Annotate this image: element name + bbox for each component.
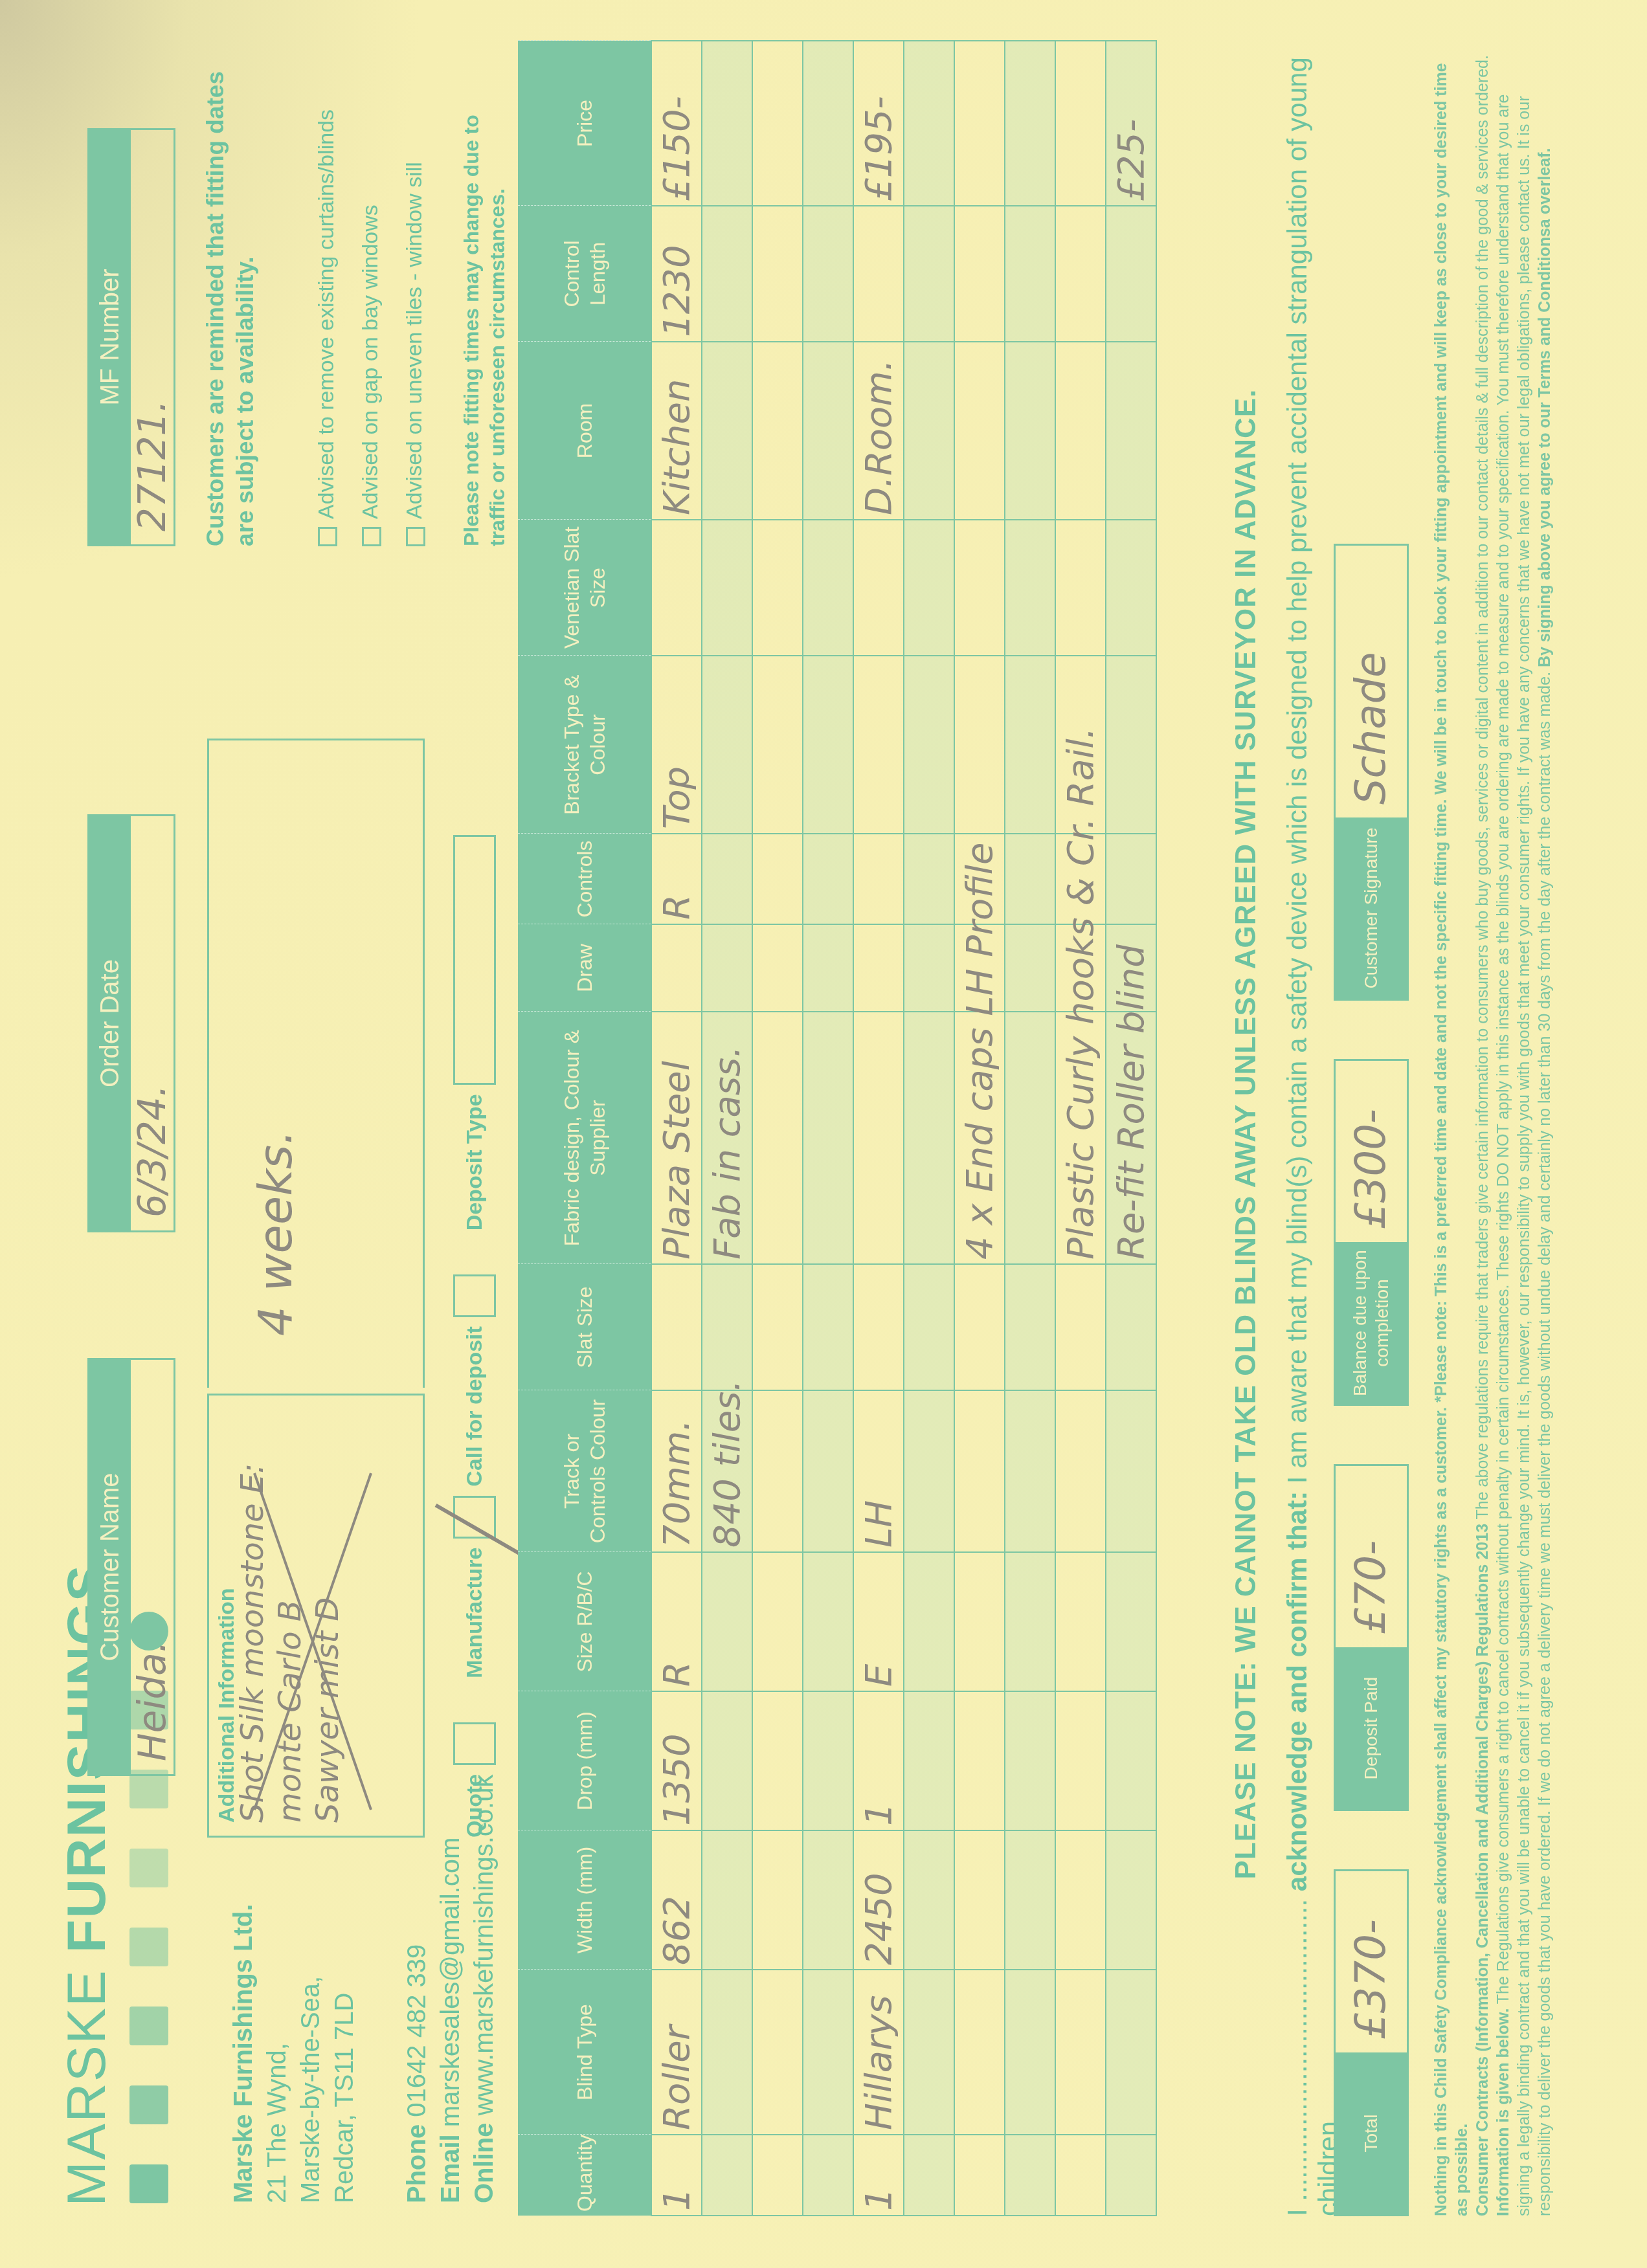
fine-text: The above regulations require that trade…	[1473, 55, 1492, 1524]
column-header: Draw	[518, 924, 651, 1012]
table-cell[interactable]: 1350	[651, 1691, 702, 1830]
deposit-paid-value: £70-	[1336, 1466, 1407, 1647]
ack-name-line[interactable]: I ......................................…	[1282, 1899, 1312, 2216]
table-cell[interactable]	[803, 342, 853, 520]
column-header: Size R/B/C	[518, 1552, 651, 1691]
table-cell[interactable]	[1106, 1264, 1156, 1390]
table-cell[interactable]	[702, 1691, 752, 1830]
table-cell[interactable]	[1005, 1390, 1055, 1552]
table-cell[interactable]	[752, 2135, 803, 2216]
table-cell[interactable]	[1055, 2135, 1106, 2216]
phone-label: Phone	[403, 2124, 431, 2203]
fine-bold: By signing above you agree to our Terms …	[1536, 148, 1554, 671]
table-cell[interactable]	[752, 924, 803, 1012]
swatch-icon	[129, 1849, 168, 1887]
table-cell[interactable]	[1005, 924, 1055, 1012]
fine-bold: Consumer Contracts (Information, Cancell…	[1473, 1524, 1492, 2216]
table-row: Re-fit Roller blind£25-	[1106, 41, 1156, 2216]
table-cell[interactable]	[853, 1012, 904, 1264]
contact-details: Phone 01642 482 339 Email marskesales@gm…	[400, 1775, 501, 2203]
table-cell[interactable]	[803, 924, 853, 1012]
table-cell[interactable]: E	[853, 1552, 904, 1691]
table-cell[interactable]	[853, 924, 904, 1012]
table-cell[interactable]	[1106, 1970, 1156, 2135]
table-cell[interactable]	[904, 1830, 954, 1970]
fitting-reminder: Customers are reminded that fitting date…	[201, 54, 260, 546]
deposit-type-field[interactable]	[453, 835, 496, 1085]
table-cell[interactable]	[1106, 656, 1156, 834]
table-cell[interactable]	[954, 520, 1005, 656]
customer-signature-field[interactable]: Customer Signature Schade	[1334, 544, 1409, 1001]
mf-number-field[interactable]: MF Number 27121.	[87, 128, 175, 546]
table-cell[interactable]: R	[651, 834, 702, 924]
table-cell[interactable]	[1106, 206, 1156, 342]
table-cell[interactable]	[752, 41, 803, 206]
balance-due-value: £300-	[1336, 1061, 1407, 1242]
table-cell[interactable]	[904, 1552, 954, 1691]
table-cell[interactable]	[853, 1264, 904, 1390]
table-cell[interactable]	[904, 1390, 954, 1552]
advised-checkbox[interactable]	[362, 527, 381, 546]
table-row: 1Hillarys24501ELHD.Room.£195-	[853, 41, 904, 2216]
table-cell[interactable]	[651, 520, 702, 656]
table-cell[interactable]	[702, 1830, 752, 1970]
table-cell[interactable]: Fab in cass.	[702, 1012, 752, 1264]
total-value: £370-	[1336, 1871, 1407, 2052]
table-row	[803, 41, 853, 2216]
total-label: Total	[1336, 2052, 1407, 2214]
table-cell[interactable]	[702, 1970, 752, 2135]
table-cell[interactable]	[702, 1552, 752, 1691]
table-cell[interactable]	[1055, 520, 1106, 656]
table-cell[interactable]	[1005, 41, 1055, 206]
column-header: Width (mm)	[518, 1830, 651, 1970]
table-cell[interactable]	[904, 520, 954, 656]
table-cell[interactable]	[1005, 1552, 1055, 1691]
advised-item: Advised on gap on bay windows	[358, 205, 383, 519]
table-cell[interactable]	[954, 1970, 1005, 2135]
column-header: Fabric design, Colour & Supplier	[518, 1012, 651, 1264]
quote-checkbox[interactable]	[453, 1722, 496, 1765]
table-cell[interactable]: R	[651, 1552, 702, 1691]
advised-item: Advised on uneven tiles - window sill	[402, 162, 427, 519]
table-cell[interactable]: LH	[853, 1390, 904, 1552]
table-cell[interactable]	[853, 656, 904, 834]
table-cell[interactable]	[752, 342, 803, 520]
table-cell[interactable]	[853, 206, 904, 342]
online-label: Online	[470, 2123, 499, 2203]
table-cell[interactable]	[1055, 206, 1106, 342]
table-cell[interactable]	[752, 1830, 803, 1970]
table-cell[interactable]	[752, 656, 803, 834]
order-date-field[interactable]: Order Date 6/3/24.	[87, 814, 175, 1232]
table-cell[interactable]	[702, 834, 752, 924]
table-cell[interactable]	[803, 1264, 853, 1390]
table-cell[interactable]: D.Room.	[853, 342, 904, 520]
table-cell[interactable]: Kitchen	[651, 342, 702, 520]
table-cell[interactable]	[904, 1012, 954, 1264]
table-cell[interactable]: 70mm.	[651, 1390, 702, 1552]
table-cell[interactable]	[752, 1012, 803, 1264]
table-cell[interactable]	[1106, 342, 1156, 520]
table-cell[interactable]	[803, 1552, 853, 1691]
table-cell[interactable]	[752, 206, 803, 342]
table-cell[interactable]	[1005, 1264, 1055, 1390]
quote-label: Quote	[462, 1774, 487, 1838]
address-line: Marske-by-the-Sea,	[294, 1904, 328, 2203]
additional-information-box[interactable]: Additional Information Shot Silk moonsto…	[207, 1394, 425, 1838]
table-cell[interactable]	[1005, 1970, 1055, 2135]
table-cell[interactable]	[803, 656, 853, 834]
table-cell[interactable]	[1005, 520, 1055, 656]
table-cell[interactable]: Hillarys	[853, 1970, 904, 2135]
table-header-row: QuantityBlind TypeWidth (mm)Drop (mm)Siz…	[518, 41, 651, 2216]
table-cell[interactable]	[1005, 1691, 1055, 1830]
column-header: Venetian Slat Size	[518, 520, 651, 656]
ack-bold: acknowledge and confirm that:	[1282, 1491, 1312, 1899]
email-label: Email	[436, 2134, 465, 2203]
table-cell[interactable]	[803, 1390, 853, 1552]
table-cell[interactable]	[853, 520, 904, 656]
column-header: Price	[518, 41, 651, 206]
table-cell[interactable]: Plaza Steel	[651, 1012, 702, 1264]
column-header: Track or Controls Colour	[518, 1390, 651, 1552]
table-cell[interactable]	[702, 342, 752, 520]
order-date-label: Order Date	[89, 816, 131, 1230]
table-cell[interactable]	[702, 41, 752, 206]
column-header: Controls	[518, 834, 651, 924]
table-cell[interactable]	[803, 1830, 853, 1970]
table-row: 4 x End caps LH Profile	[954, 41, 1005, 2216]
table-cell[interactable]	[803, 1691, 853, 1830]
table-cell[interactable]	[954, 1390, 1005, 1552]
table-cell[interactable]	[954, 1691, 1005, 1830]
table-cell[interactable]	[803, 41, 853, 206]
additional-information-notes[interactable]: 4 weeks.	[207, 739, 425, 1388]
fitting-times-note: Please note fitting times may change due…	[458, 54, 510, 546]
table-cell[interactable]	[803, 2135, 853, 2216]
customer-signature-value: Schade	[1336, 546, 1407, 817]
table-cell[interactable]	[702, 656, 752, 834]
table-cell[interactable]	[1106, 1830, 1156, 1970]
column-header: Bracket Type & Colour	[518, 656, 651, 834]
old-blinds-notice: PLEASE NOTE: WE CANNOT TAKE OLD BLINDS A…	[1230, 0, 1262, 2268]
table-cell[interactable]	[954, 1264, 1005, 1390]
brand-light: MARSKE	[56, 1953, 117, 2207]
table-cell[interactable]	[904, 924, 954, 1012]
advised-checklist: Advised to remove existing curtains/blin…	[304, 109, 436, 546]
table-cell[interactable]	[1005, 2135, 1055, 2216]
order-date-value: 6/3/24.	[131, 816, 174, 1217]
table-cell[interactable]	[752, 1970, 803, 2135]
table-cell[interactable]	[1055, 41, 1106, 206]
table-cell[interactable]	[954, 1552, 1005, 1691]
table-cell[interactable]	[1106, 1552, 1156, 1691]
column-header: Quantity	[518, 2135, 651, 2216]
table-cell[interactable]	[904, 206, 954, 342]
mf-number-value: 27121.	[131, 130, 174, 531]
advised-item: Advised to remove existing curtains/blin…	[314, 109, 339, 519]
order-form: MARSKE FURNISHINGS Marske Furnishings Lt…	[0, 0, 1647, 2268]
table-cell[interactable]	[752, 1390, 803, 1552]
column-header: Blind Type	[518, 1970, 651, 2135]
table-cell[interactable]	[904, 656, 954, 834]
table-cell[interactable]	[954, 206, 1005, 342]
order-items-table: QuantityBlind TypeWidth (mm)Drop (mm)Siz…	[518, 40, 1157, 2216]
swatch-icon	[129, 2007, 168, 2045]
table-cell[interactable]: 1	[853, 1691, 904, 1830]
company-name: Marske Furnishings Ltd.	[227, 1904, 260, 2203]
address-line: Redcar, TS11 7LD	[328, 1904, 361, 2203]
table-cell[interactable]	[1055, 1830, 1106, 1970]
table-cell[interactable]	[1005, 656, 1055, 834]
address-line: 21 The Wynd,	[260, 1904, 294, 2203]
table-cell[interactable]: Top	[651, 656, 702, 834]
manufacture-label: Manufacture	[462, 1548, 487, 1678]
deposit-type-label: Deposit Type	[462, 1094, 487, 1230]
table-cell[interactable]	[702, 206, 752, 342]
totals-row: Total £370- Deposit Paid £70- Balance du…	[1334, 544, 1409, 2216]
advised-checkbox[interactable]	[318, 527, 337, 546]
table-row: 1Roller8621350R70mm.Plaza SteelRTopKitch…	[651, 41, 702, 2216]
table-cell[interactable]	[803, 206, 853, 342]
swatch-icon	[129, 1928, 168, 1966]
table-cell[interactable]	[954, 656, 1005, 834]
table-cell[interactable]	[1005, 1830, 1055, 1970]
table-cell[interactable]: £195-	[853, 41, 904, 206]
table-cell[interactable]	[1106, 1691, 1156, 1830]
table-cell[interactable]	[904, 1970, 954, 2135]
manufacture-checkbox[interactable]	[453, 1496, 496, 1539]
table-cell[interactable]: 1230	[651, 206, 702, 342]
table-cell[interactable]	[904, 1264, 954, 1390]
table-cell[interactable]	[904, 834, 954, 924]
customer-signature-label: Customer Signature	[1336, 817, 1407, 999]
table-cell[interactable]	[702, 520, 752, 656]
table-cell[interactable]: 840 tiles.	[702, 1390, 752, 1552]
table-cell[interactable]	[853, 834, 904, 924]
table-cell[interactable]	[803, 1970, 853, 2135]
fine-bold: Nothing in this Child Safety Compliance …	[1432, 1407, 1450, 2216]
table-cell[interactable]	[1055, 1264, 1106, 1390]
table-cell[interactable]	[904, 342, 954, 520]
table-cell[interactable]	[752, 520, 803, 656]
table-cell[interactable]	[702, 2135, 752, 2216]
table-body: 1Roller8621350R70mm.Plaza SteelRTopKitch…	[651, 41, 1156, 2216]
lead-time-note: 4 weeks.	[248, 1130, 302, 1336]
table-cell[interactable]	[1005, 1012, 1055, 1264]
table-cell[interactable]	[954, 1830, 1005, 1970]
table-cell[interactable]	[803, 1012, 853, 1264]
table-cell[interactable]	[651, 1264, 702, 1390]
table-row	[752, 41, 803, 2216]
table-row: Plastic Curly hooks & Cr. Rail.	[1055, 41, 1106, 2216]
column-header: Drop (mm)	[518, 1691, 651, 1830]
table-cell[interactable]	[752, 834, 803, 924]
column-header: Control Length	[518, 206, 651, 342]
deposit-paid-field[interactable]: Deposit Paid £70-	[1334, 1464, 1409, 1811]
table-cell[interactable]	[1106, 520, 1156, 656]
fine-bold: Information is given below.	[1494, 2008, 1512, 2216]
total-field[interactable]: Total £370-	[1334, 1869, 1409, 2216]
balance-due-label: Balance due upon completion	[1336, 1242, 1407, 1404]
table-cell[interactable]	[1055, 1390, 1106, 1552]
table-cell[interactable]: 2450	[853, 1830, 904, 1970]
table-cell[interactable]	[1005, 206, 1055, 342]
table-cell[interactable]	[1055, 1970, 1106, 2135]
table-cell[interactable]: Re-fit Roller blind	[1106, 1012, 1156, 1264]
table-cell[interactable]	[954, 342, 1005, 520]
table-cell[interactable]	[904, 41, 954, 206]
column-header: Room	[518, 342, 651, 520]
table-cell[interactable]	[803, 520, 853, 656]
table-cell[interactable]: £150-	[651, 41, 702, 206]
table-row	[1005, 41, 1055, 2216]
table-cell[interactable]: Roller	[651, 1970, 702, 2135]
table-cell[interactable]	[1055, 1552, 1106, 1691]
advised-checkbox[interactable]	[406, 527, 425, 546]
table-cell[interactable]	[752, 1691, 803, 1830]
table-cell[interactable]: Plastic Curly hooks & Cr. Rail.	[1055, 1012, 1106, 1264]
table-cell[interactable]	[1055, 342, 1106, 520]
company-address: Marske Furnishings Ltd. 21 The Wynd, Mar…	[227, 1904, 361, 2203]
balance-due-field[interactable]: Balance due upon completion £300-	[1334, 1059, 1409, 1406]
table-cell[interactable]	[1106, 1390, 1156, 1552]
table-cell[interactable]	[1005, 834, 1055, 924]
deposit-paid-label: Deposit Paid	[1336, 1647, 1407, 1809]
table-cell[interactable]	[1005, 342, 1055, 520]
phone-number: 01642 482 339	[403, 1944, 431, 2117]
customer-name-field[interactable]: Customer Name Heida.	[87, 1358, 175, 1776]
table-cell[interactable]: £25-	[1106, 41, 1156, 206]
call-for-deposit-label: Call for deposit	[462, 1326, 487, 1486]
swatch-icon	[129, 2164, 168, 2203]
table-cell[interactable]	[904, 2135, 954, 2216]
table-cell[interactable]: 4 x End caps LH Profile	[954, 1012, 1005, 1264]
call-for-deposit-checkbox[interactable]	[453, 1274, 496, 1317]
table-cell[interactable]	[752, 1264, 803, 1390]
table-cell[interactable]	[702, 924, 752, 1012]
customer-name-label: Customer Name	[89, 1360, 131, 1774]
table-cell[interactable]: 1	[651, 2135, 702, 2216]
table-row	[904, 41, 954, 2216]
table-cell[interactable]: 862	[651, 1830, 702, 1970]
table-cell[interactable]	[904, 1691, 954, 1830]
mf-number-label: MF Number	[89, 130, 131, 544]
table-row: 840 tiles.Fab in cass.	[702, 41, 752, 2216]
table-cell[interactable]	[1055, 1691, 1106, 1830]
table-cell[interactable]: 1	[853, 2135, 904, 2216]
table-cell[interactable]	[954, 2135, 1005, 2216]
customer-name-value: Heida.	[131, 1360, 174, 1761]
column-header: Slat Size	[518, 1264, 651, 1390]
order-type-options: Quote Manufacture Call for deposit Depos…	[453, 835, 496, 1838]
swatch-icon	[129, 2085, 168, 2124]
table-cell[interactable]	[954, 41, 1005, 206]
table-cell[interactable]	[803, 834, 853, 924]
table-cell[interactable]	[752, 1552, 803, 1691]
table-cell[interactable]	[1106, 834, 1156, 924]
email-address: marskesales@gmail.com	[436, 1838, 465, 2127]
table-cell[interactable]	[651, 924, 702, 1012]
table-cell[interactable]	[1106, 2135, 1156, 2216]
strike-through-mark	[248, 1460, 377, 1823]
table-cell[interactable]	[702, 1264, 752, 1390]
fine-print: Nothing in this Child Safety Compliance …	[1431, 41, 1555, 2216]
